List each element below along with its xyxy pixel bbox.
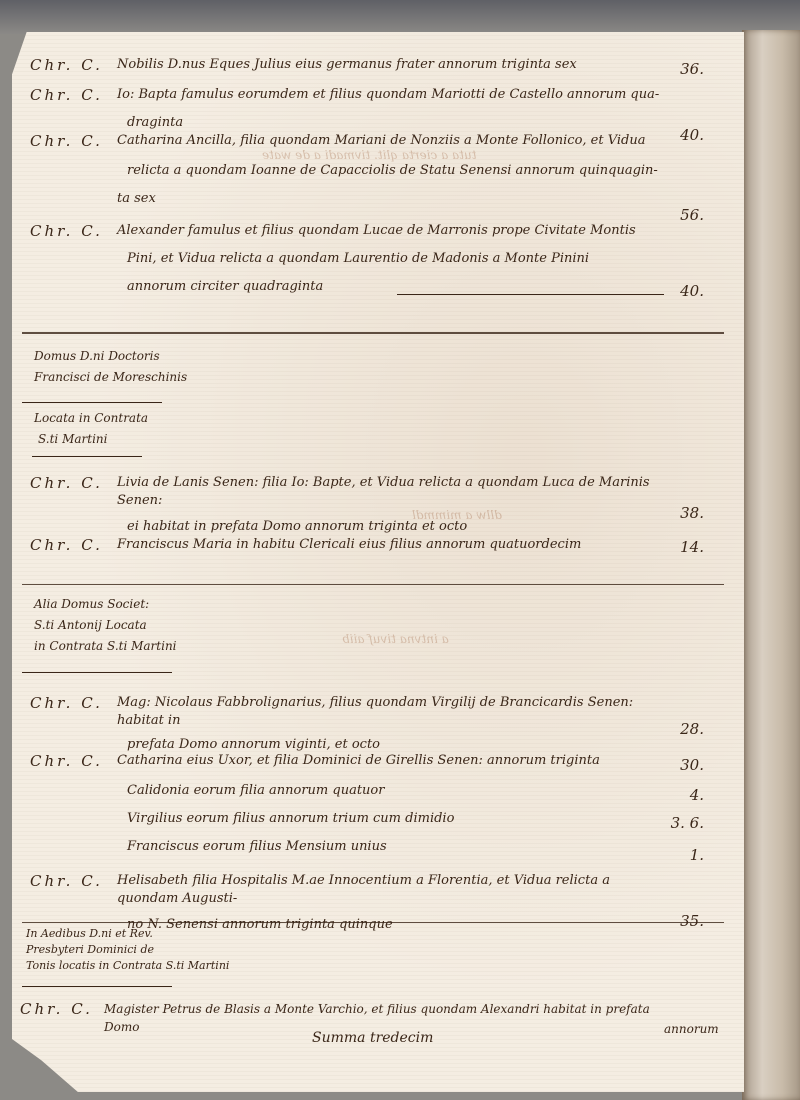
entry-text-continuation: relicta a quondam Ioanne de Capacciolis …: [117, 162, 664, 180]
sacrament-mark: Chr. C.: [30, 86, 120, 104]
age-value: 4.: [664, 786, 704, 804]
house-heading-line: in Contrata S.ti Martini: [34, 636, 177, 657]
entry-text-continuation: ei habitat in prefata Domo annorum trigi…: [117, 518, 664, 536]
manuscript-page: tuta a cierta qlit. tivmadi a de wate dl…: [12, 32, 744, 1092]
house-heading: In Aedibus D.ni et Rev. Presbyteri Domin…: [26, 926, 229, 974]
section-divider: [22, 584, 724, 585]
page-total: Summa tredecim: [312, 1030, 433, 1046]
age-value: 40.: [664, 282, 704, 300]
house-heading-line: Francisci de Moreschinis: [34, 367, 187, 388]
house-heading-line: Alia Domus Societ:: [34, 594, 177, 615]
scan-top-edge: [0, 0, 800, 34]
age-value: 35.: [664, 912, 704, 930]
entry-text: Nobilis D.nus Eques Julius eius germanus…: [117, 56, 664, 74]
age-value: 38.: [664, 504, 704, 522]
age-leader-line: [397, 294, 664, 295]
house-heading: Domus D.ni Doctoris Francisci de Moresch…: [34, 346, 187, 388]
house-heading-line: Presbyteri Dominici de: [26, 942, 229, 958]
entry-text: Franciscus eorum filius Mensium unius: [127, 838, 664, 856]
age-value: 56.: [664, 206, 704, 224]
age-value: 1.: [664, 846, 704, 864]
section-divider: [22, 922, 724, 923]
heading-divider: [22, 986, 172, 987]
age-value: 36.: [664, 60, 704, 78]
entry-text: Io: Bapta famulus eorumdem et filius quo…: [117, 87, 659, 102]
entry-text: Catharina Ancilla, filia quondam Mariani…: [117, 133, 645, 148]
age-value: 3. 6.: [664, 814, 704, 832]
age-value: 28.: [664, 720, 704, 738]
age-value: 30.: [664, 756, 704, 774]
sacrament-mark: Chr. C.: [30, 694, 120, 712]
entry-text: Franciscus Maria in habitu Clericali eiu…: [117, 536, 664, 554]
entry-text: Calidonia eorum filia annorum quatuor: [127, 782, 664, 800]
house-heading-line: Tonis locatis in Contrata S.ti Martini: [26, 958, 229, 974]
entry-text: Catharina eius Uxor, et filia Dominici d…: [117, 752, 664, 770]
sacrament-mark: Chr. C.: [20, 1000, 110, 1018]
entry-text: Mag: Nicolaus Fabbrolignarius, filius qu…: [117, 695, 633, 728]
entry-text-continuation: draginta: [117, 114, 664, 132]
entry-text-continuation: ta sex: [117, 190, 664, 208]
age-value: 40.: [664, 126, 704, 144]
bleed-through-text: a intvna tivuf aiib: [342, 632, 449, 646]
age-value: 14.: [664, 538, 704, 556]
entry-text: Virgilius eorum filius annorum trium cum…: [127, 810, 664, 828]
entry-text-continuation: annorum: [664, 1020, 704, 1038]
sacrament-mark: Chr. C.: [30, 752, 120, 770]
heading-divider: [32, 456, 142, 457]
entry-text: Alexander famulus et filius quondam Luca…: [117, 223, 636, 238]
section-divider: [22, 332, 724, 334]
sacrament-mark: Chr. C.: [30, 222, 120, 240]
heading-divider: [22, 402, 162, 403]
entry-text: Helisabeth filia Hospitalis M.ae Innocen…: [117, 873, 610, 906]
sacrament-mark: Chr. C.: [30, 872, 120, 890]
entry-text: Livia de Lanis Senen: filia Io: Bapte, e…: [117, 475, 650, 508]
sacrament-mark: Chr. C.: [30, 56, 120, 74]
sacrament-mark: Chr. C.: [30, 536, 120, 554]
house-heading-line: Domus D.ni Doctoris: [34, 346, 187, 367]
house-location: Locata in Contrata S.ti Martini: [34, 408, 148, 450]
heading-divider: [22, 672, 172, 673]
sacrament-mark: Chr. C.: [30, 132, 120, 150]
sacrament-mark: Chr. C.: [30, 474, 120, 492]
house-heading: Alia Domus Societ: S.ti Antonij Locata i…: [34, 594, 177, 657]
entry-text-continuation: Pini, et Vidua relicta a quondam Laurent…: [117, 250, 664, 268]
house-heading-line: S.ti Antonij Locata: [34, 615, 177, 636]
house-location-line: Locata in Contrata: [34, 408, 148, 429]
house-location-line: S.ti Martini: [34, 429, 148, 450]
book-binding-edge: [742, 30, 800, 1100]
house-heading-line: In Aedibus D.ni et Rev.: [26, 926, 229, 942]
